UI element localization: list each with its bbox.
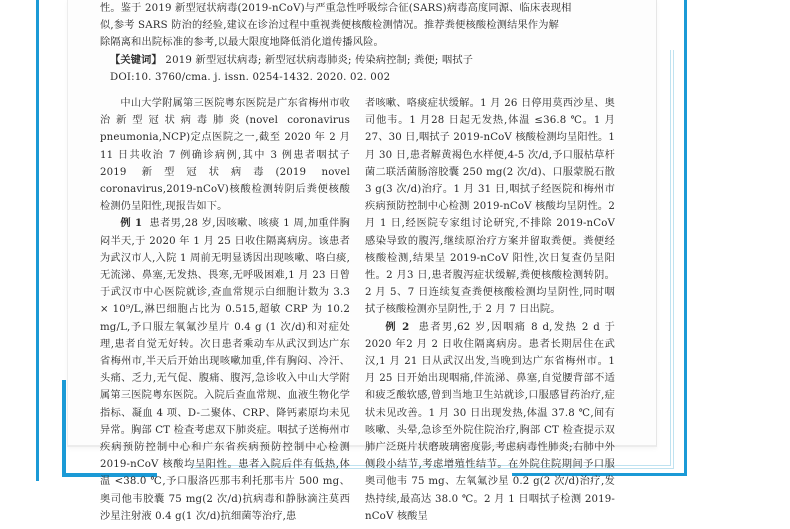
case1-paragraph: 例 1 患者男,28 岁,因咳嗽、咳痰 1 周,加重伴胸闷半天,于 2020 年… <box>100 215 350 525</box>
body-left-column: 中山大学附属第三医院粤东医院是广东省梅州市收治新型冠状病毒肺炎(novel co… <box>100 95 350 525</box>
keywords-text: 2019 新型冠状病毒; 新型冠状病毒肺炎; 传染病控制; 粪便; 咽拭子 <box>165 55 473 66</box>
case1-label: 例 1 <box>120 217 142 229</box>
frame-left-outer-bar <box>36 0 39 481</box>
case2-paragraph: 例 2 患者男,62 岁,因咽痛 8 d,发热 2 d 于 2020 年2 月 … <box>365 319 615 525</box>
case2-label: 例 2 <box>385 321 409 333</box>
abstract-line-2: 似,参考 SARS 防治的经验,建议在诊治过程中重视粪便核酸检测情况。推荐粪便核… <box>100 17 615 34</box>
frame-right-light-line-1 <box>670 50 671 466</box>
intro-paragraph: 中山大学附属第三医院粤东医院是广东省梅州市收治新型冠状病毒肺炎(novel co… <box>100 95 350 215</box>
frame-right-light-line-2 <box>673 50 674 469</box>
abstract-line-1: 性。鉴于 2019 新型冠状病毒(2019-nCoV)与严重急性呼吸综合征(SA… <box>100 0 615 17</box>
body-right-column: 者咳嗽、咯痰症状缓解。1 月 26 日停用莫西沙星、奥司他韦。1 月28 日起无… <box>365 95 615 525</box>
keywords-label: 【关键词】 <box>110 54 162 66</box>
frame-inner-left-bar <box>62 380 66 477</box>
case1-text: 患者男,28 岁,因咳嗽、咳痰 1 周,加重伴胸闷半天,于 2020 年 1 月… <box>100 218 350 521</box>
case1-continued-paragraph: 者咳嗽、咯痰症状缓解。1 月 26 日停用莫西沙星、奥司他韦。1 月28 日起无… <box>365 95 615 319</box>
doi-line: DOI:10. 3760/cma. j. issn. 0254-1432. 20… <box>100 69 615 86</box>
keywords-line: 【关键词】 2019 新型冠状病毒; 新型冠状病毒肺炎; 传染病控制; 粪便; … <box>100 52 615 69</box>
frame-right-outer-bar <box>684 0 687 476</box>
abstract-line-3: 除隔离和出院标准的参考,以最大限度地降低消化道传播风险。 <box>100 34 615 51</box>
abstract-section: 性。鉴于 2019 新型冠状病毒(2019-nCoV)与严重急性呼吸综合征(SA… <box>100 0 615 86</box>
case2-text: 患者男,62 岁,因咽痛 8 d,发热 2 d 于 2020 年2 月 2 日收… <box>365 322 615 522</box>
